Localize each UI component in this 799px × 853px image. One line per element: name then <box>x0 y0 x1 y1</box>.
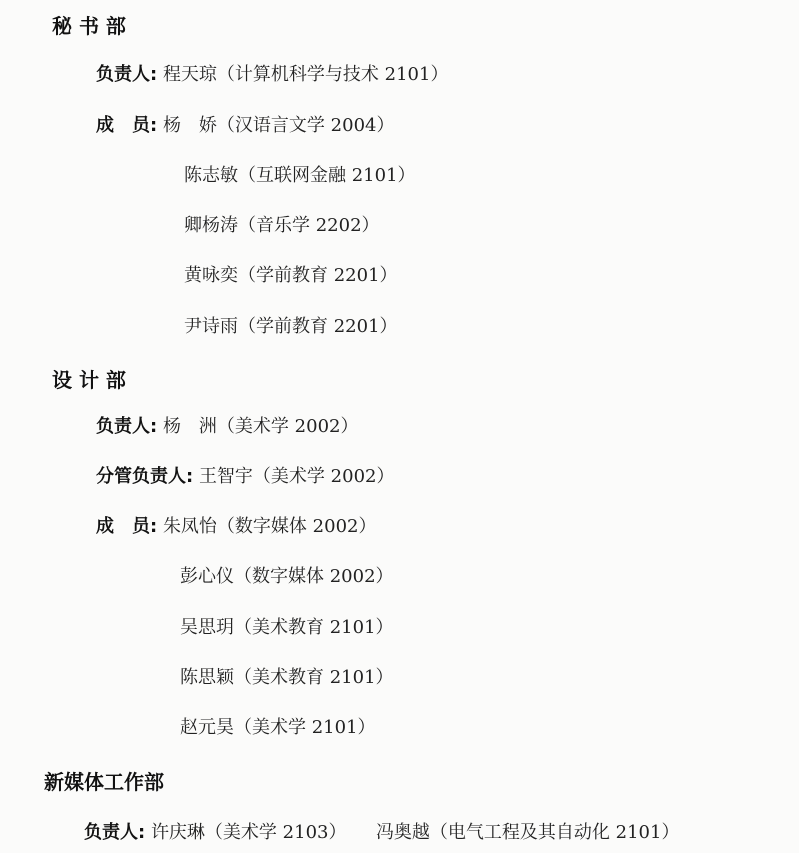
secretariat-members-row: 成 员: 杨 娇（汉语言文学 2004） <box>96 111 394 137</box>
member: 彭心仪（数字媒体 2002） <box>180 562 394 588</box>
leader-value: 冯奥越（电气工程及其自动化 2101） <box>376 822 680 843</box>
secretariat-leader-row: 负责人: 程天琼（计算机科学与技术 2101） <box>96 60 448 86</box>
members-label: 成 员: <box>96 516 157 537</box>
dept-title-design: 设 计 部 <box>52 364 126 393</box>
leader-value: 程天琼（计算机科学与技术 2101） <box>163 64 449 85</box>
member: 卿杨涛（音乐学 2202） <box>184 211 380 237</box>
dept-title-new-media: 新媒体工作部 <box>44 766 164 795</box>
member: 杨 娇（汉语言文学 2004） <box>163 115 395 136</box>
leader-label: 负责人: <box>96 64 157 85</box>
member: 吴思玥（美术教育 2101） <box>180 613 394 639</box>
document-page: 秘 书 部 负责人: 程天琼（计算机科学与技术 2101） 成 员: 杨 娇（汉… <box>0 0 799 853</box>
design-members-row: 成 员: 朱凤怡（数字媒体 2002） <box>96 512 376 538</box>
member: 黄咏奕（学前教育 2201） <box>184 261 398 287</box>
member: 赵元昊（美术学 2101） <box>180 713 376 739</box>
leader-label: 负责人: <box>84 822 145 843</box>
leader-label: 负责人: <box>96 416 157 437</box>
dept-title-secretariat: 秘 书 部 <box>52 10 126 39</box>
member: 陈思颖（美术教育 2101） <box>180 663 394 689</box>
member: 陈志敏（互联网金融 2101） <box>184 161 416 187</box>
member: 朱凤怡（数字媒体 2002） <box>163 516 377 537</box>
design-deputy-row: 分管负责人: 王智宇（美术学 2002） <box>96 462 394 488</box>
leader-value: 杨 洲（美术学 2002） <box>163 416 359 437</box>
design-leader-row: 负责人: 杨 洲（美术学 2002） <box>96 412 358 438</box>
deputy-label: 分管负责人: <box>96 466 193 487</box>
new-media-leader-row: 负责人: 许庆琳（美术学 2103） 冯奥越（电气工程及其自动化 2101） <box>84 818 679 844</box>
members-label: 成 员: <box>96 115 157 136</box>
deputy-value: 王智宇（美术学 2002） <box>199 466 395 487</box>
leader-value: 许庆琳（美术学 2103） <box>151 822 347 843</box>
member: 尹诗雨（学前教育 2201） <box>184 312 398 338</box>
